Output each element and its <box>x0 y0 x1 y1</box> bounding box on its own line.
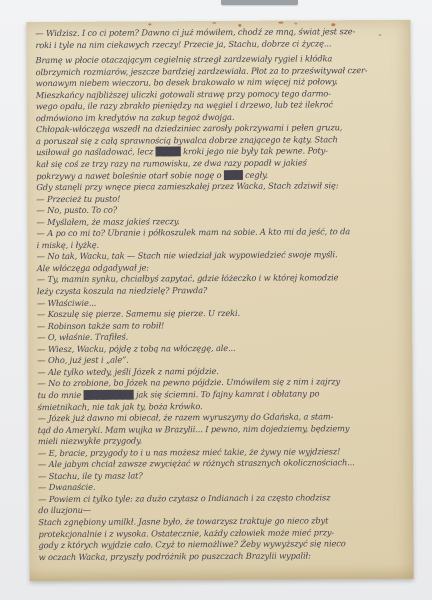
paper-stain <box>278 22 283 24</box>
photo-frame-notch <box>221 0 298 5</box>
manuscript-text: — Widzisz. I co ci potem? Dawno ci już m… <box>35 26 409 563</box>
manuscript-line: — Widzisz. I co ci potem? Dawno ci już m… <box>35 26 406 40</box>
paper-stain <box>294 23 297 25</box>
manuscript-line: w oczach Wacka, przyszły podróżnik po pu… <box>39 549 410 563</box>
manuscript-page: — Widzisz. I co ci potem? Dawno ci już m… <box>26 20 413 581</box>
manuscript-line: — Ale jabym chciał zawsze zwyciężać w ró… <box>38 457 409 471</box>
scan-background: { "colors": { "background": "#edeef0", "… <box>0 0 432 600</box>
paper-stain <box>212 22 216 24</box>
paper-edge-wear <box>30 565 414 581</box>
paper-stain <box>148 23 151 25</box>
manuscript-line: roki i tyle na nim ciekawych rzeczy! Prz… <box>35 37 406 51</box>
